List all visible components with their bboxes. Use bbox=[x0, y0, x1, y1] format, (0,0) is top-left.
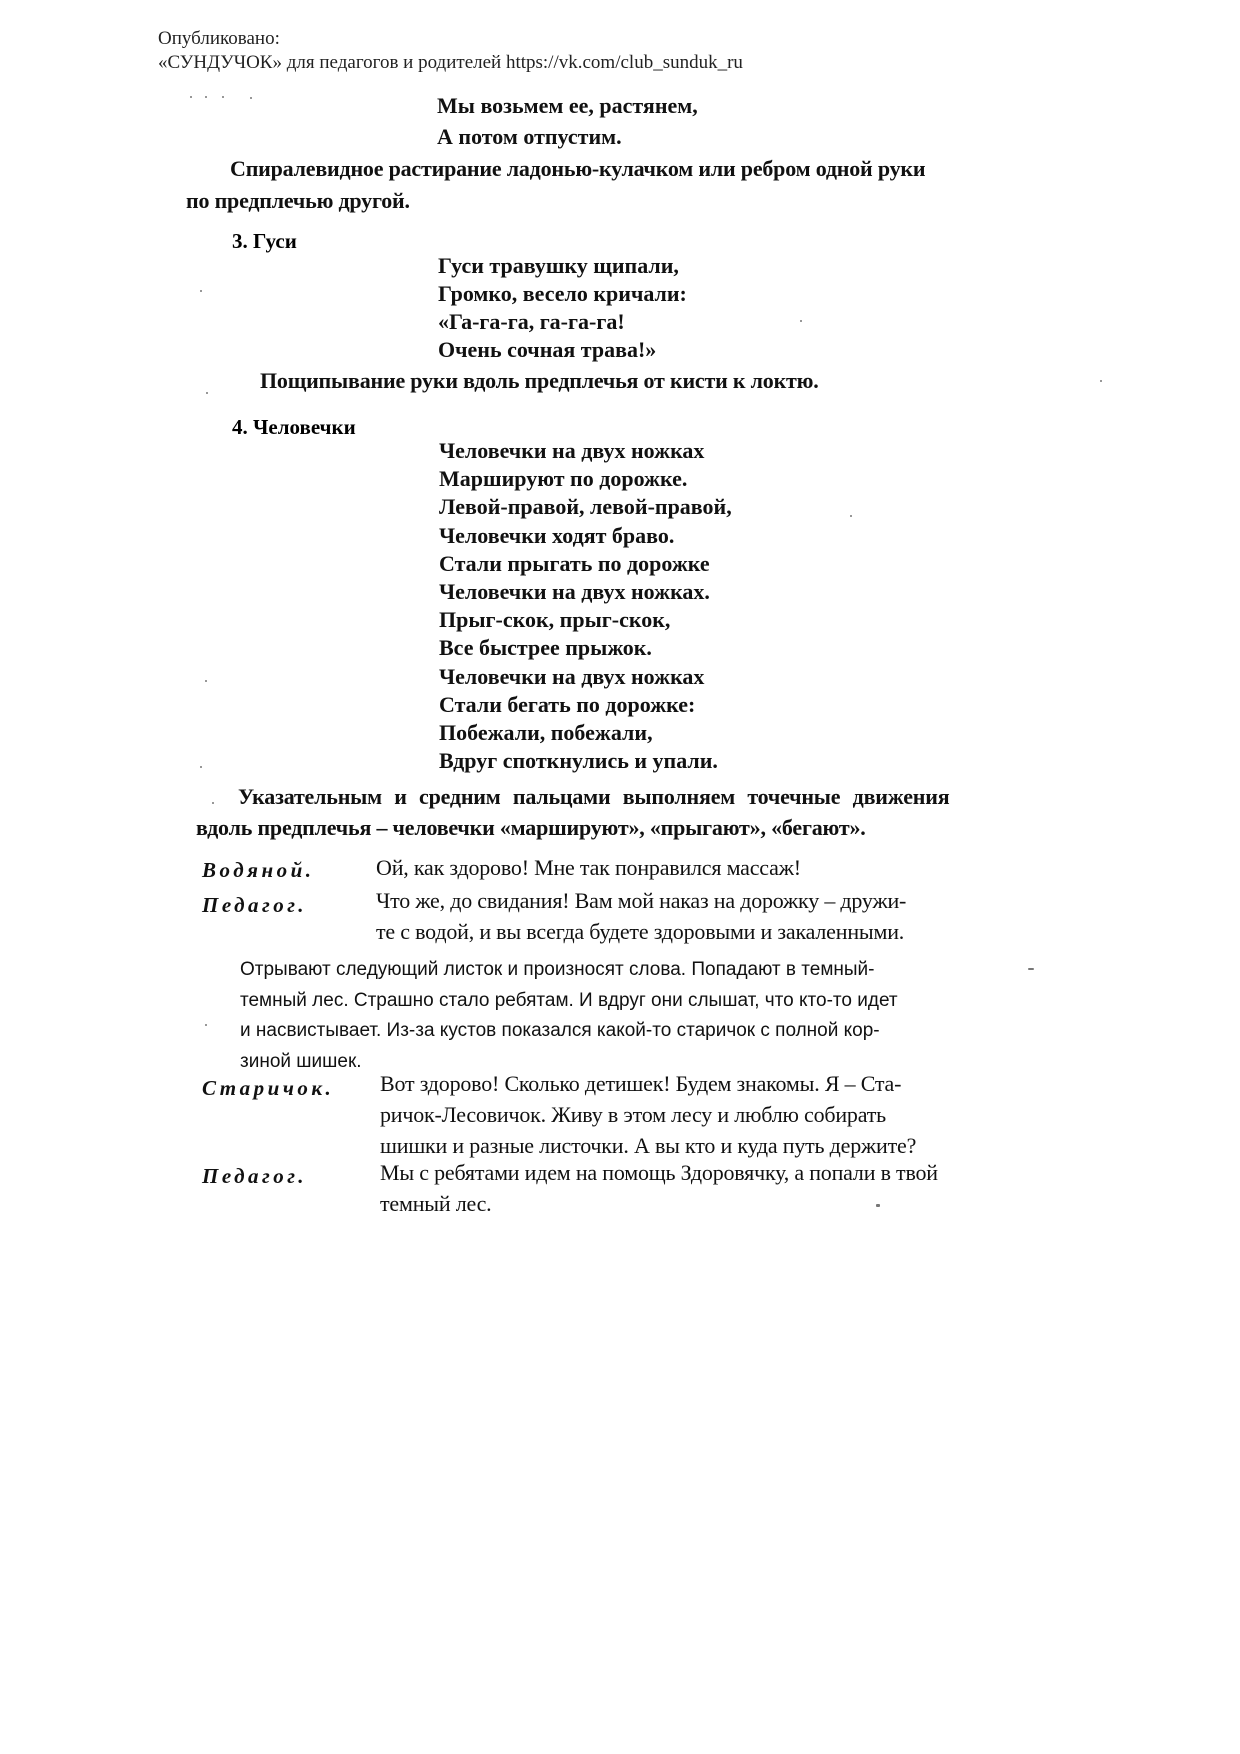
speck bbox=[800, 320, 802, 322]
speaker-name: Водяной. bbox=[202, 858, 315, 883]
published-label: Опубликовано: bbox=[158, 28, 280, 50]
paragraph-line: и насвистывает. Из-за кустов показался к… bbox=[240, 1016, 898, 1047]
dialogue-text: Что же, до свидания! Вам мой наказ на до… bbox=[376, 885, 906, 916]
verse-line: Побежали, побежали, bbox=[439, 719, 732, 747]
speck bbox=[200, 766, 202, 768]
verse-line: Левой-правой, левой-правой, bbox=[439, 493, 732, 521]
speck bbox=[1100, 380, 1102, 382]
speck bbox=[205, 96, 207, 98]
speck bbox=[212, 802, 214, 804]
speck bbox=[1028, 968, 1034, 970]
section-3-heading: 3. Гуси bbox=[232, 229, 297, 254]
dialogue-text: те с водой, и вы всегда будете здоровыми… bbox=[376, 916, 906, 947]
intro-instruction: Спиралевидное растирание ладонью-кулачко… bbox=[186, 153, 925, 217]
verse-line: «Га-га-га, га-га-га! bbox=[438, 308, 687, 336]
paragraph-line: вдоль предплечья – человечки «маршируют»… bbox=[196, 812, 978, 843]
speaker-name: Старичок. bbox=[202, 1076, 334, 1101]
section-4-heading: 4. Человечки bbox=[232, 415, 356, 440]
dialogue-text: темный лес. bbox=[380, 1188, 938, 1219]
source-line: «СУНДУЧОК» для педагогов и родителей htt… bbox=[158, 52, 743, 74]
verse-line: Все быстрее прыжок. bbox=[439, 634, 732, 662]
verse-line: Человечки на двух ножках. bbox=[439, 578, 732, 606]
speaker-name: Педагог. bbox=[202, 893, 307, 918]
verse-line: Стали бегать по дорожке: bbox=[439, 691, 732, 719]
verse-line: Громко, весело кричали: bbox=[438, 280, 687, 308]
speck bbox=[190, 96, 192, 98]
paragraph-line: Отрывают следующий листок и произносят с… bbox=[240, 955, 898, 986]
speck bbox=[205, 680, 207, 682]
speck bbox=[200, 290, 202, 292]
paragraph-line: темный лес. Страшно стало ребятам. И вдр… bbox=[240, 986, 898, 1017]
speck bbox=[850, 515, 852, 517]
speaker-line: Вот здорово! Сколько детишек! Будем знак… bbox=[380, 1068, 916, 1161]
speck bbox=[876, 1204, 880, 1207]
verse-line: Вдруг споткнулись и упали. bbox=[439, 747, 732, 775]
verse-line: Прыг-скок, прыг-скок, bbox=[439, 606, 732, 634]
verse-line: А потом отпустим. bbox=[437, 121, 698, 152]
speaker-line: Мы с ребятами идем на помощь Здоровячку,… bbox=[380, 1157, 938, 1219]
intro-verse: Мы возьмем ее, растянем, А потом отпусти… bbox=[437, 90, 698, 152]
paragraph-line: Указательным и средним пальцами выполняе… bbox=[196, 781, 978, 812]
speaker-line: Что же, до свидания! Вам мой наказ на до… bbox=[376, 885, 906, 947]
speaker-name: Педагог. bbox=[202, 1164, 307, 1189]
speck bbox=[222, 96, 224, 98]
speck bbox=[206, 392, 208, 394]
speck bbox=[205, 1024, 207, 1026]
speaker-line: Ой, как здорово! Мне так понравился масс… bbox=[376, 852, 801, 883]
verse-line: Гуси травушку щипали, bbox=[438, 252, 687, 280]
verse-line: Человечки на двух ножках bbox=[439, 663, 732, 691]
speck bbox=[250, 97, 252, 99]
section-4-instruction: Указательным и средним пальцами выполняе… bbox=[196, 781, 978, 843]
dialogue-text: Мы с ребятами идем на помощь Здоровячку,… bbox=[380, 1157, 938, 1188]
verse-line: Человечки на двух ножках bbox=[439, 437, 732, 465]
verse-line: Очень сочная трава!» bbox=[438, 336, 687, 364]
section-3-verse: Гуси травушку щипали, Громко, весело кри… bbox=[438, 252, 687, 364]
verse-line: Маршируют по дорожке. bbox=[439, 465, 732, 493]
paragraph-line: Спиралевидное растирание ладонью-кулачко… bbox=[186, 153, 925, 185]
section-3-instruction: Пощипывание руки вдоль предплечья от кис… bbox=[260, 368, 819, 394]
dialogue-text: Вот здорово! Сколько детишек! Будем знак… bbox=[380, 1068, 916, 1099]
section-4-verse: Человечки на двух ножках Маршируют по до… bbox=[439, 437, 732, 775]
verse-line: Стали прыгать по дорожке bbox=[439, 550, 732, 578]
stage-direction: Отрывают следующий листок и произносят с… bbox=[240, 955, 898, 1077]
paragraph-line: по предплечью другой. bbox=[186, 185, 925, 217]
verse-line: Мы возьмем ее, растянем, bbox=[437, 90, 698, 121]
dialogue-text: ричок-Лесовичок. Живу в этом лесу и любл… bbox=[380, 1099, 916, 1130]
verse-line: Человечки ходят браво. bbox=[439, 522, 732, 550]
dialogue-text: Ой, как здорово! Мне так понравился масс… bbox=[376, 852, 801, 883]
